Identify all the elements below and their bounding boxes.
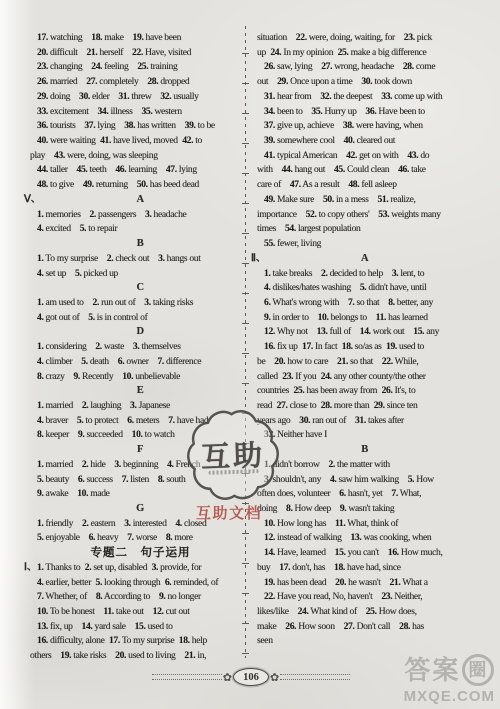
answer-line: 3. shouldn't, any 4. saw him walking 5. … bbox=[264, 473, 466, 488]
watermark-circled-char: 圈 bbox=[462, 654, 494, 686]
answer-line: 55. fewer, living bbox=[264, 237, 466, 252]
answer-line: 34. been to 35. Hurry up 36. Have been t… bbox=[264, 105, 466, 120]
answer-line: 32. Neither have I bbox=[264, 428, 466, 443]
answer-line: 1. didn't borrow 2. the matter with bbox=[264, 458, 466, 473]
rosette-icon: ✿ bbox=[223, 672, 232, 683]
answer-line: seen bbox=[257, 634, 466, 649]
answer-line: 12. Why not 13. full of 14. work out 15.… bbox=[264, 325, 466, 340]
answer-line: 1. take breaks 2. decided to help 3. len… bbox=[264, 267, 466, 282]
watermark-site-url: MXQE.COM bbox=[404, 688, 495, 705]
answer-line: 1. memories 2. passengers 3. headache bbox=[37, 208, 244, 223]
answer-line: be 20. how to care 21. so that 22. While… bbox=[257, 355, 466, 370]
answer-line: 20. difficult 21. herself 22. Have, visi… bbox=[37, 46, 244, 61]
answer-line: 14. Have, learned 15. you can't 16. How … bbox=[264, 546, 466, 561]
answer-line: 37. give up, achieve 38. were having, wh… bbox=[264, 119, 466, 134]
section-header: Ⅱ、A bbox=[264, 252, 466, 267]
answer-line: 1. am used to 2. run out of 3. taking ri… bbox=[37, 296, 244, 311]
answer-line: 1. considering 2. waste 3. themselves bbox=[37, 340, 244, 355]
answer-line: times 54. largest population bbox=[257, 222, 466, 237]
answer-line: countries 25. has been away from 26. It'… bbox=[257, 384, 466, 399]
answer-line: importance 52. to copy others' 53. weigh… bbox=[257, 208, 466, 223]
column-divider bbox=[245, 26, 246, 658]
answer-line: 31. hear from 32. the deepest 33. come u… bbox=[264, 90, 466, 105]
answer-line: 22. Have you read, No, haven't 23. Neith… bbox=[264, 590, 466, 605]
section-header: Ⅴ、A bbox=[37, 193, 244, 208]
watermark-logo-text: 答案 bbox=[404, 657, 460, 683]
answer-line: 10. How long has 11. What, think of bbox=[264, 517, 466, 532]
answer-line: 4. climber 5. death 6. owner 7. differen… bbox=[37, 355, 244, 370]
footer-chain-line-left bbox=[152, 674, 222, 680]
answer-line: 36. tourists 37. lying 38. has written 3… bbox=[37, 119, 244, 134]
answer-line: often does, volunteer 6. hasn't, yet 7. … bbox=[257, 487, 466, 502]
answer-line: read 27. close to 28. more than 29. sinc… bbox=[257, 399, 466, 414]
rosette-icon: ✿ bbox=[270, 672, 279, 683]
answer-line: 10. To be honest 11. take out 12. cut ou… bbox=[37, 605, 244, 620]
answer-line: 26. married 27. completely 28. dropped bbox=[37, 75, 244, 90]
red-watermark-text: 互助文档 bbox=[196, 502, 262, 523]
answer-line: 12. instead of walking 13. was cooking, … bbox=[264, 531, 466, 546]
answer-line: situation 22. were, doing, waiting, for … bbox=[257, 31, 466, 46]
answer-line: 41. typical American 42. get on with 43.… bbox=[264, 149, 466, 164]
answer-line: doing 8. How deep 9. wasn't taking bbox=[257, 502, 466, 517]
answer-key-page: 17. watching 18. make 19. have been20. d… bbox=[0, 0, 500, 709]
section-header: B bbox=[264, 443, 466, 458]
answer-line: buy 17. don't, has 18. have had, since bbox=[257, 561, 466, 576]
footer-chain-line-right bbox=[280, 674, 350, 680]
answer-line: 23. changing 24. feeling 25. training bbox=[37, 60, 244, 75]
answer-line: 1. To my surprise 2. check out 3. hangs … bbox=[37, 252, 244, 267]
answer-line: care of 47. As a result 48. fell asleep bbox=[257, 178, 466, 193]
answer-line: 9. in order to 10. belongs to 11. has le… bbox=[264, 311, 466, 326]
section-header: C bbox=[37, 281, 244, 296]
section-header: B bbox=[37, 237, 244, 252]
answer-line: likes/like 24. What kind of 25. How does… bbox=[257, 605, 466, 620]
answer-line: 5. enjoyable 6. heavy 7. worse 8. more bbox=[37, 531, 244, 546]
page-number-badge: 106 bbox=[233, 668, 269, 686]
answer-line: 44. taller 45. teeth 46. learning 47. ly… bbox=[37, 163, 244, 178]
section-header: D bbox=[37, 325, 244, 340]
answer-line: 33. excitement 34. illness 35. western bbox=[37, 105, 244, 120]
answer-line: 13. fix, up 14. yard sale 15. used to bbox=[37, 620, 244, 635]
answer-line: 17. watching 18. make 19. have been bbox=[37, 31, 244, 46]
answer-line: Ⅰ、1. Thanks to 2. set up, disabled 3. pr… bbox=[37, 561, 244, 576]
answer-line: 7. Whether, of 8. According to 9. no lon… bbox=[37, 590, 244, 605]
answer-line: play 43. were, doing, was sleeping bbox=[30, 149, 244, 164]
answer-line: 6. What's wrong with 7. so that 8. bette… bbox=[264, 296, 466, 311]
answer-line: 4. earlier, better 5. looking through 6.… bbox=[37, 576, 244, 591]
answer-line: called 23. If you 24. any other county/t… bbox=[257, 370, 466, 385]
answer-line: others 19. take risks 20. used to living… bbox=[30, 649, 244, 664]
answer-line: 39. somewhere cool 40. cleared out bbox=[264, 134, 466, 149]
left-answer-column: 17. watching 18. make 19. have been20. d… bbox=[37, 31, 244, 664]
answer-line: 4. got out of 5. is in control of bbox=[37, 311, 244, 326]
answer-line: out 29. Once upon a time 30. took down bbox=[257, 75, 466, 90]
answer-line: 49. Make sure 50. in a mess 51. realize, bbox=[264, 193, 466, 208]
answer-line: 4. set up 5. picked up bbox=[37, 267, 244, 282]
page-footer-ornament: ✿ 106 ✿ bbox=[152, 668, 350, 686]
answer-line: 26. saw, lying 27. wrong, headache 28. c… bbox=[264, 60, 466, 75]
answer-line: years ago 30. ran out of 31. takes after bbox=[257, 414, 466, 429]
right-answer-column: situation 22. were, doing, waiting, for … bbox=[264, 31, 466, 649]
answer-line: 8. crazy 9. Recently 10. unbelievable bbox=[37, 370, 244, 385]
roman-numeral-marker: Ⅰ、 bbox=[24, 561, 37, 576]
answer-line: 29. doing 30. elder 31. threw 32. usuall… bbox=[37, 90, 244, 105]
answer-line: 16. fix up 17. In fact 18. so/as as 19. … bbox=[264, 340, 466, 355]
roman-numeral-marker: Ⅱ、 bbox=[251, 252, 266, 267]
answer-line: up 24. In my opinion 25. make a big diff… bbox=[257, 46, 466, 61]
answer-line: 40. were waiting 41. have lived, moved 4… bbox=[37, 134, 244, 149]
section-header: E bbox=[37, 384, 244, 399]
answer-line: with 44. hang out 45. Could clean 46. ta… bbox=[257, 163, 466, 178]
answer-line: 4. excited 5. to repair bbox=[37, 222, 244, 237]
answer-line: make 26. How soon 27. Don't call 28. has bbox=[257, 620, 466, 635]
section-title: 专题二 句子运用 bbox=[37, 546, 244, 561]
roman-numeral-marker: Ⅴ、 bbox=[24, 193, 41, 208]
answer-line: 48. to give 49. returning 50. has beed d… bbox=[37, 178, 244, 193]
mutual-help-stamp: 互助 bbox=[180, 402, 285, 507]
site-watermark: 答案 圈 MXQE.COM bbox=[404, 654, 495, 705]
answer-line: 16. difficulty, alone 17. To my surprise… bbox=[37, 634, 244, 649]
answer-line: 4. dislikes/hates washing 5. didn't have… bbox=[264, 281, 466, 296]
answer-line: 19. has been dead 20. he wasn't 21. What… bbox=[264, 576, 466, 591]
